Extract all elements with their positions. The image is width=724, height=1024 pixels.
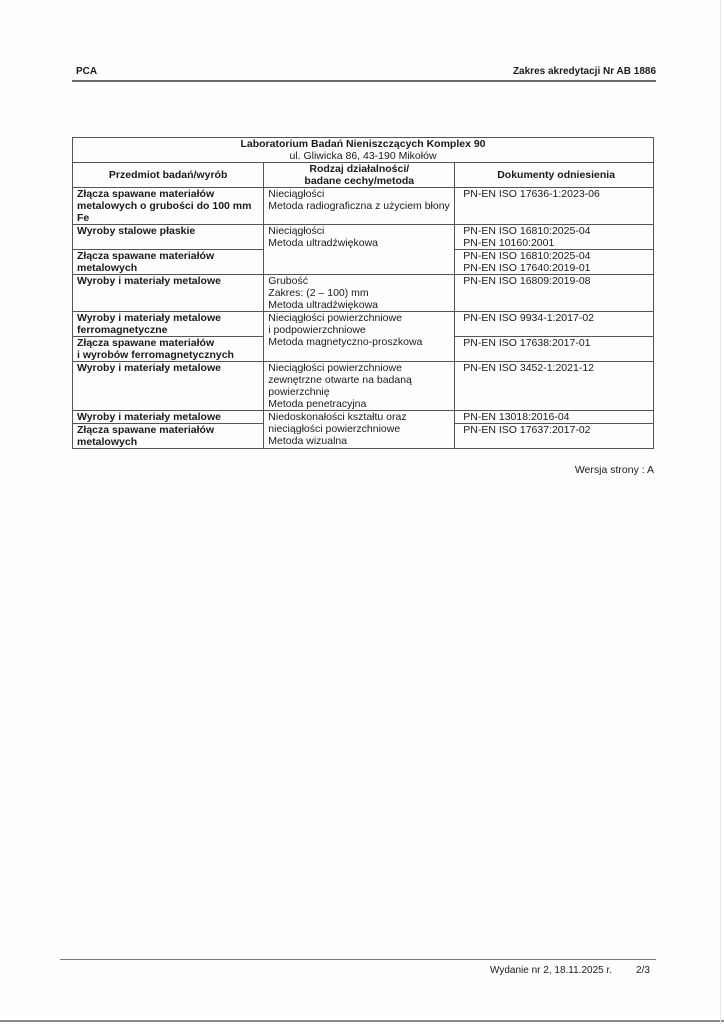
scan-right-edge bbox=[720, 0, 721, 1024]
page-version: Wersja strony : A bbox=[575, 464, 654, 476]
method-cell: Niedoskonałości kształtu oraz nieciągłoś… bbox=[264, 411, 455, 449]
method-cell: Nieciągłości powierzchniowe i podpowierz… bbox=[264, 312, 455, 362]
documents-cell: PN-EN ISO 17636-1:2023-06 bbox=[455, 188, 654, 225]
table-row: Wyroby stalowe płaskieNieciągłości Metod… bbox=[73, 225, 654, 250]
header-scope-title: Zakres akredytacji Nr AB 1886 bbox=[513, 66, 656, 77]
subject-cell: Złącza spawane materiałów metalowych o g… bbox=[73, 188, 264, 225]
table-body: Złącza spawane materiałów metalowych o g… bbox=[73, 188, 654, 449]
table-row: Wyroby i materiały metalowe ferromagnety… bbox=[73, 312, 654, 337]
subject-cell: Wyroby i materiały metalowe bbox=[73, 275, 264, 312]
page-header: PCA Zakres akredytacji Nr AB 1886 bbox=[76, 66, 656, 80]
lab-title-cell: Laboratorium Badań Nieniszczących Komple… bbox=[73, 138, 654, 163]
method-cell: Nieciągłości Metoda ultradźwiękowa bbox=[264, 225, 455, 275]
method-cell: Nieciągłości Metoda radiograficzna z uży… bbox=[264, 188, 455, 225]
documents-cell: PN-EN 13018:2016-04 bbox=[455, 411, 654, 424]
subject-cell: Wyroby i materiały metalowe bbox=[73, 411, 264, 424]
documents-cell: PN-EN ISO 16810:2025-04 PN-EN ISO 17640:… bbox=[455, 250, 654, 275]
column-header-subject: Przedmiot badań/wyrób bbox=[73, 163, 264, 188]
subject-cell: Złącza spawane materiałów metalowych bbox=[73, 424, 264, 449]
scan-bottom-edge bbox=[0, 1020, 724, 1022]
header-divider bbox=[72, 80, 656, 82]
footer-divider bbox=[60, 959, 656, 960]
documents-cell: PN-EN ISO 3452-1:2021-12 bbox=[455, 362, 654, 411]
method-cell: Nieciągłości powierzchniowe zewnętrzne o… bbox=[264, 362, 455, 411]
subject-cell: Wyroby i materiały metalowe bbox=[73, 362, 264, 411]
column-header-method: Rodzaj działalności/ badane cechy/metoda bbox=[264, 163, 455, 188]
footer-edition: Wydanie nr 2, 18.11.2025 r. bbox=[490, 965, 612, 976]
documents-cell: PN-EN ISO 16809:2019-08 bbox=[455, 275, 654, 312]
lab-address: ul. Gliwicka 86, 43-190 Mikołów bbox=[77, 150, 649, 162]
subject-cell: Wyroby i materiały metalowe ferromagnety… bbox=[73, 312, 264, 337]
documents-cell: PN-EN ISO 17638:2017-01 bbox=[455, 337, 654, 362]
subject-cell: Złącza spawane materiałów i wyrobów ferr… bbox=[73, 337, 264, 362]
table-row: Złącza spawane materiałów metalowych o g… bbox=[73, 188, 654, 225]
subject-cell: Wyroby stalowe płaskie bbox=[73, 225, 264, 250]
subject-cell: Złącza spawane materiałów metalowych bbox=[73, 250, 264, 275]
method-cell: Grubość Zakres: (2 – 100) mm Metoda ultr… bbox=[264, 275, 455, 312]
table-row: Wyroby i materiały metaloweNiedoskonałoś… bbox=[73, 411, 654, 424]
column-header-documents: Dokumenty odniesienia bbox=[455, 163, 654, 188]
documents-cell: PN-EN ISO 17637:2017-02 bbox=[455, 424, 654, 449]
documents-cell: PN-EN ISO 9934-1:2017-02 bbox=[455, 312, 654, 337]
header-org: PCA bbox=[76, 66, 97, 77]
documents-cell: PN-EN ISO 16810:2025-04 PN-EN 10160:2001 bbox=[455, 225, 654, 250]
table-row: Wyroby i materiały metaloweNieciągłości … bbox=[73, 362, 654, 411]
lab-name: Laboratorium Badań Nieniszczących Komple… bbox=[240, 138, 485, 150]
accreditation-table: Laboratorium Badań Nieniszczących Komple… bbox=[72, 137, 654, 449]
table-row: Wyroby i materiały metaloweGrubość Zakre… bbox=[73, 275, 654, 312]
footer-page-number: 2/3 bbox=[636, 965, 650, 976]
